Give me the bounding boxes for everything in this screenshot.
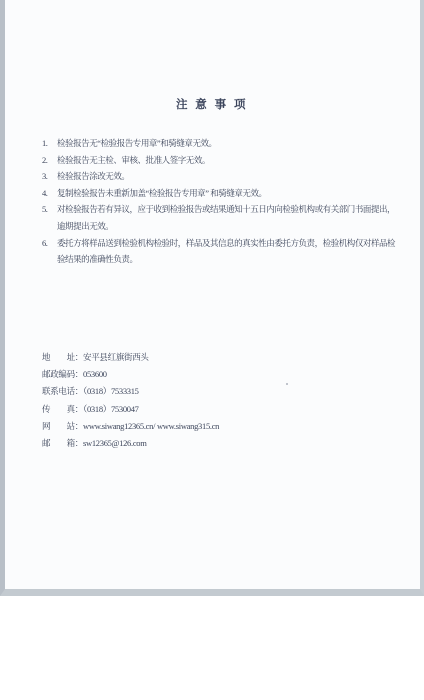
contact-address-label: 地 址：: [42, 352, 83, 362]
notice-item-number: 1.: [42, 135, 57, 152]
notice-item-text: 检验报告涂改无效。: [57, 168, 397, 185]
contact-phone-row: 联系电话：（0318）7533315: [42, 383, 219, 400]
scan-artifact-dot: [286, 383, 288, 385]
notice-item-number: 6.: [42, 235, 57, 252]
contact-phone-value: （0318）7533315: [83, 386, 139, 396]
contact-fax-value: （0318）7530047: [83, 404, 139, 414]
notice-item-text: 对检验报告若有异议，应于收到检验报告或结果通知十五日内向检验机构或有关部门书面提…: [57, 201, 397, 234]
contact-website-value: www.siwang12365.cn/ www.siwang315.cn: [83, 421, 219, 431]
contact-website-label: 网 站：: [42, 421, 83, 431]
notice-list: 1. 检验报告无“检验报告专用章”和骑缝章无效。 2. 检验报告无主检、审核、批…: [42, 135, 400, 268]
notice-item: 3. 检验报告涂改无效。: [42, 168, 400, 185]
contact-block: 地 址：安平县红旗街西头 邮政编码：053600 联系电话：（0318）7533…: [42, 349, 219, 452]
contact-postcode-value: 053600: [83, 369, 107, 379]
contact-fax-label: 传 真：: [42, 404, 83, 414]
notice-item: 5. 对检验报告若有异议，应于收到检验报告或结果通知十五日内向检验机构或有关部门…: [42, 201, 400, 234]
notice-item-text: 检验报告无“检验报告专用章”和骑缝章无效。: [57, 135, 397, 152]
contact-email-label: 邮 箱：: [42, 438, 83, 448]
contact-address-row: 地 址：安平县红旗街西头: [42, 349, 219, 366]
contact-email-row: 邮 箱：sw12365@126.com: [42, 435, 219, 452]
document-canvas: 注 意 事 项 1. 检验报告无“检验报告专用章”和骑缝章无效。 2. 检验报告…: [0, 0, 424, 700]
notice-item: 1. 检验报告无“检验报告专用章”和骑缝章无效。: [42, 135, 400, 152]
page-title: 注 意 事 项: [0, 96, 424, 112]
contact-address-value: 安平县红旗街西头: [83, 352, 149, 362]
notice-item-number: 5.: [42, 201, 57, 218]
scanned-page: [0, 0, 424, 596]
notice-item-text: 委托方将样品送到检验机构检验时，样品及其信息的真实性由委托方负责，检验机构仅对样…: [57, 235, 397, 268]
contact-postcode-label: 邮政编码：: [42, 369, 83, 379]
contact-postcode-row: 邮政编码：053600: [42, 366, 219, 383]
contact-website-row: 网 站：www.siwang12365.cn/ www.siwang315.cn: [42, 418, 219, 435]
notice-item-text: 检验报告无主检、审核、批准人签字无效。: [57, 152, 397, 169]
notice-item: 2. 检验报告无主检、审核、批准人签字无效。: [42, 152, 400, 169]
contact-fax-row: 传 真：（0318）7530047: [42, 401, 219, 418]
contact-email-value: sw12365@126.com: [83, 438, 147, 448]
notice-item-text: 复制检验报告未重新加盖“检验报告专用章” 和骑缝章无效。: [57, 185, 397, 202]
notice-item-number: 4.: [42, 185, 57, 202]
notice-item: 4. 复制检验报告未重新加盖“检验报告专用章” 和骑缝章无效。: [42, 185, 400, 202]
notice-item-number: 2.: [42, 152, 57, 169]
notice-item-number: 3.: [42, 168, 57, 185]
contact-phone-label: 联系电话：: [42, 386, 83, 396]
notice-item: 6. 委托方将样品送到检验机构检验时，样品及其信息的真实性由委托方负责，检验机构…: [42, 235, 400, 268]
